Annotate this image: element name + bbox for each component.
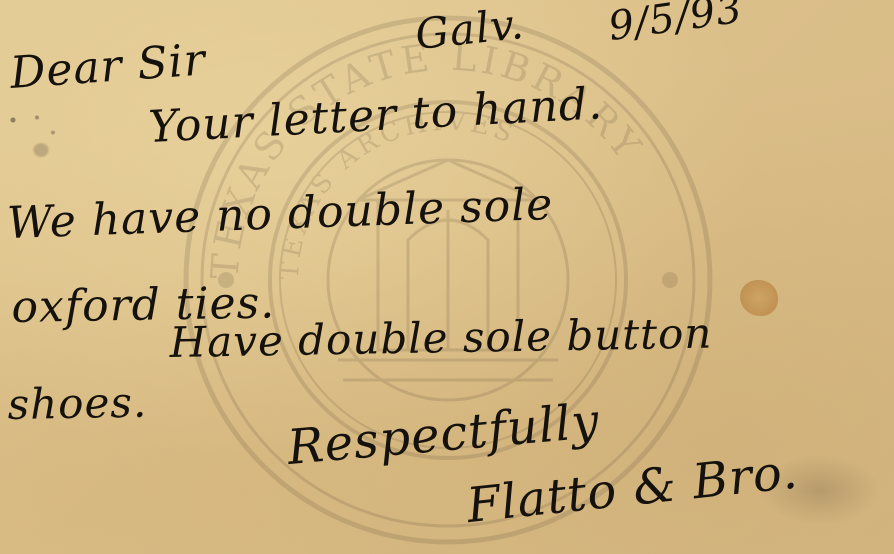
body-line-5: shoes. bbox=[7, 378, 147, 429]
body-line-4: Have double sole button bbox=[169, 309, 713, 367]
seal-outer-text: TEXAS STATE LIBRARY bbox=[203, 35, 652, 281]
water-stain bbox=[740, 280, 778, 316]
paper-specks bbox=[5, 110, 85, 160]
letter-card: TEXAS STATE LIBRARY TEXAS ARCHIVES Galv.… bbox=[0, 0, 894, 554]
